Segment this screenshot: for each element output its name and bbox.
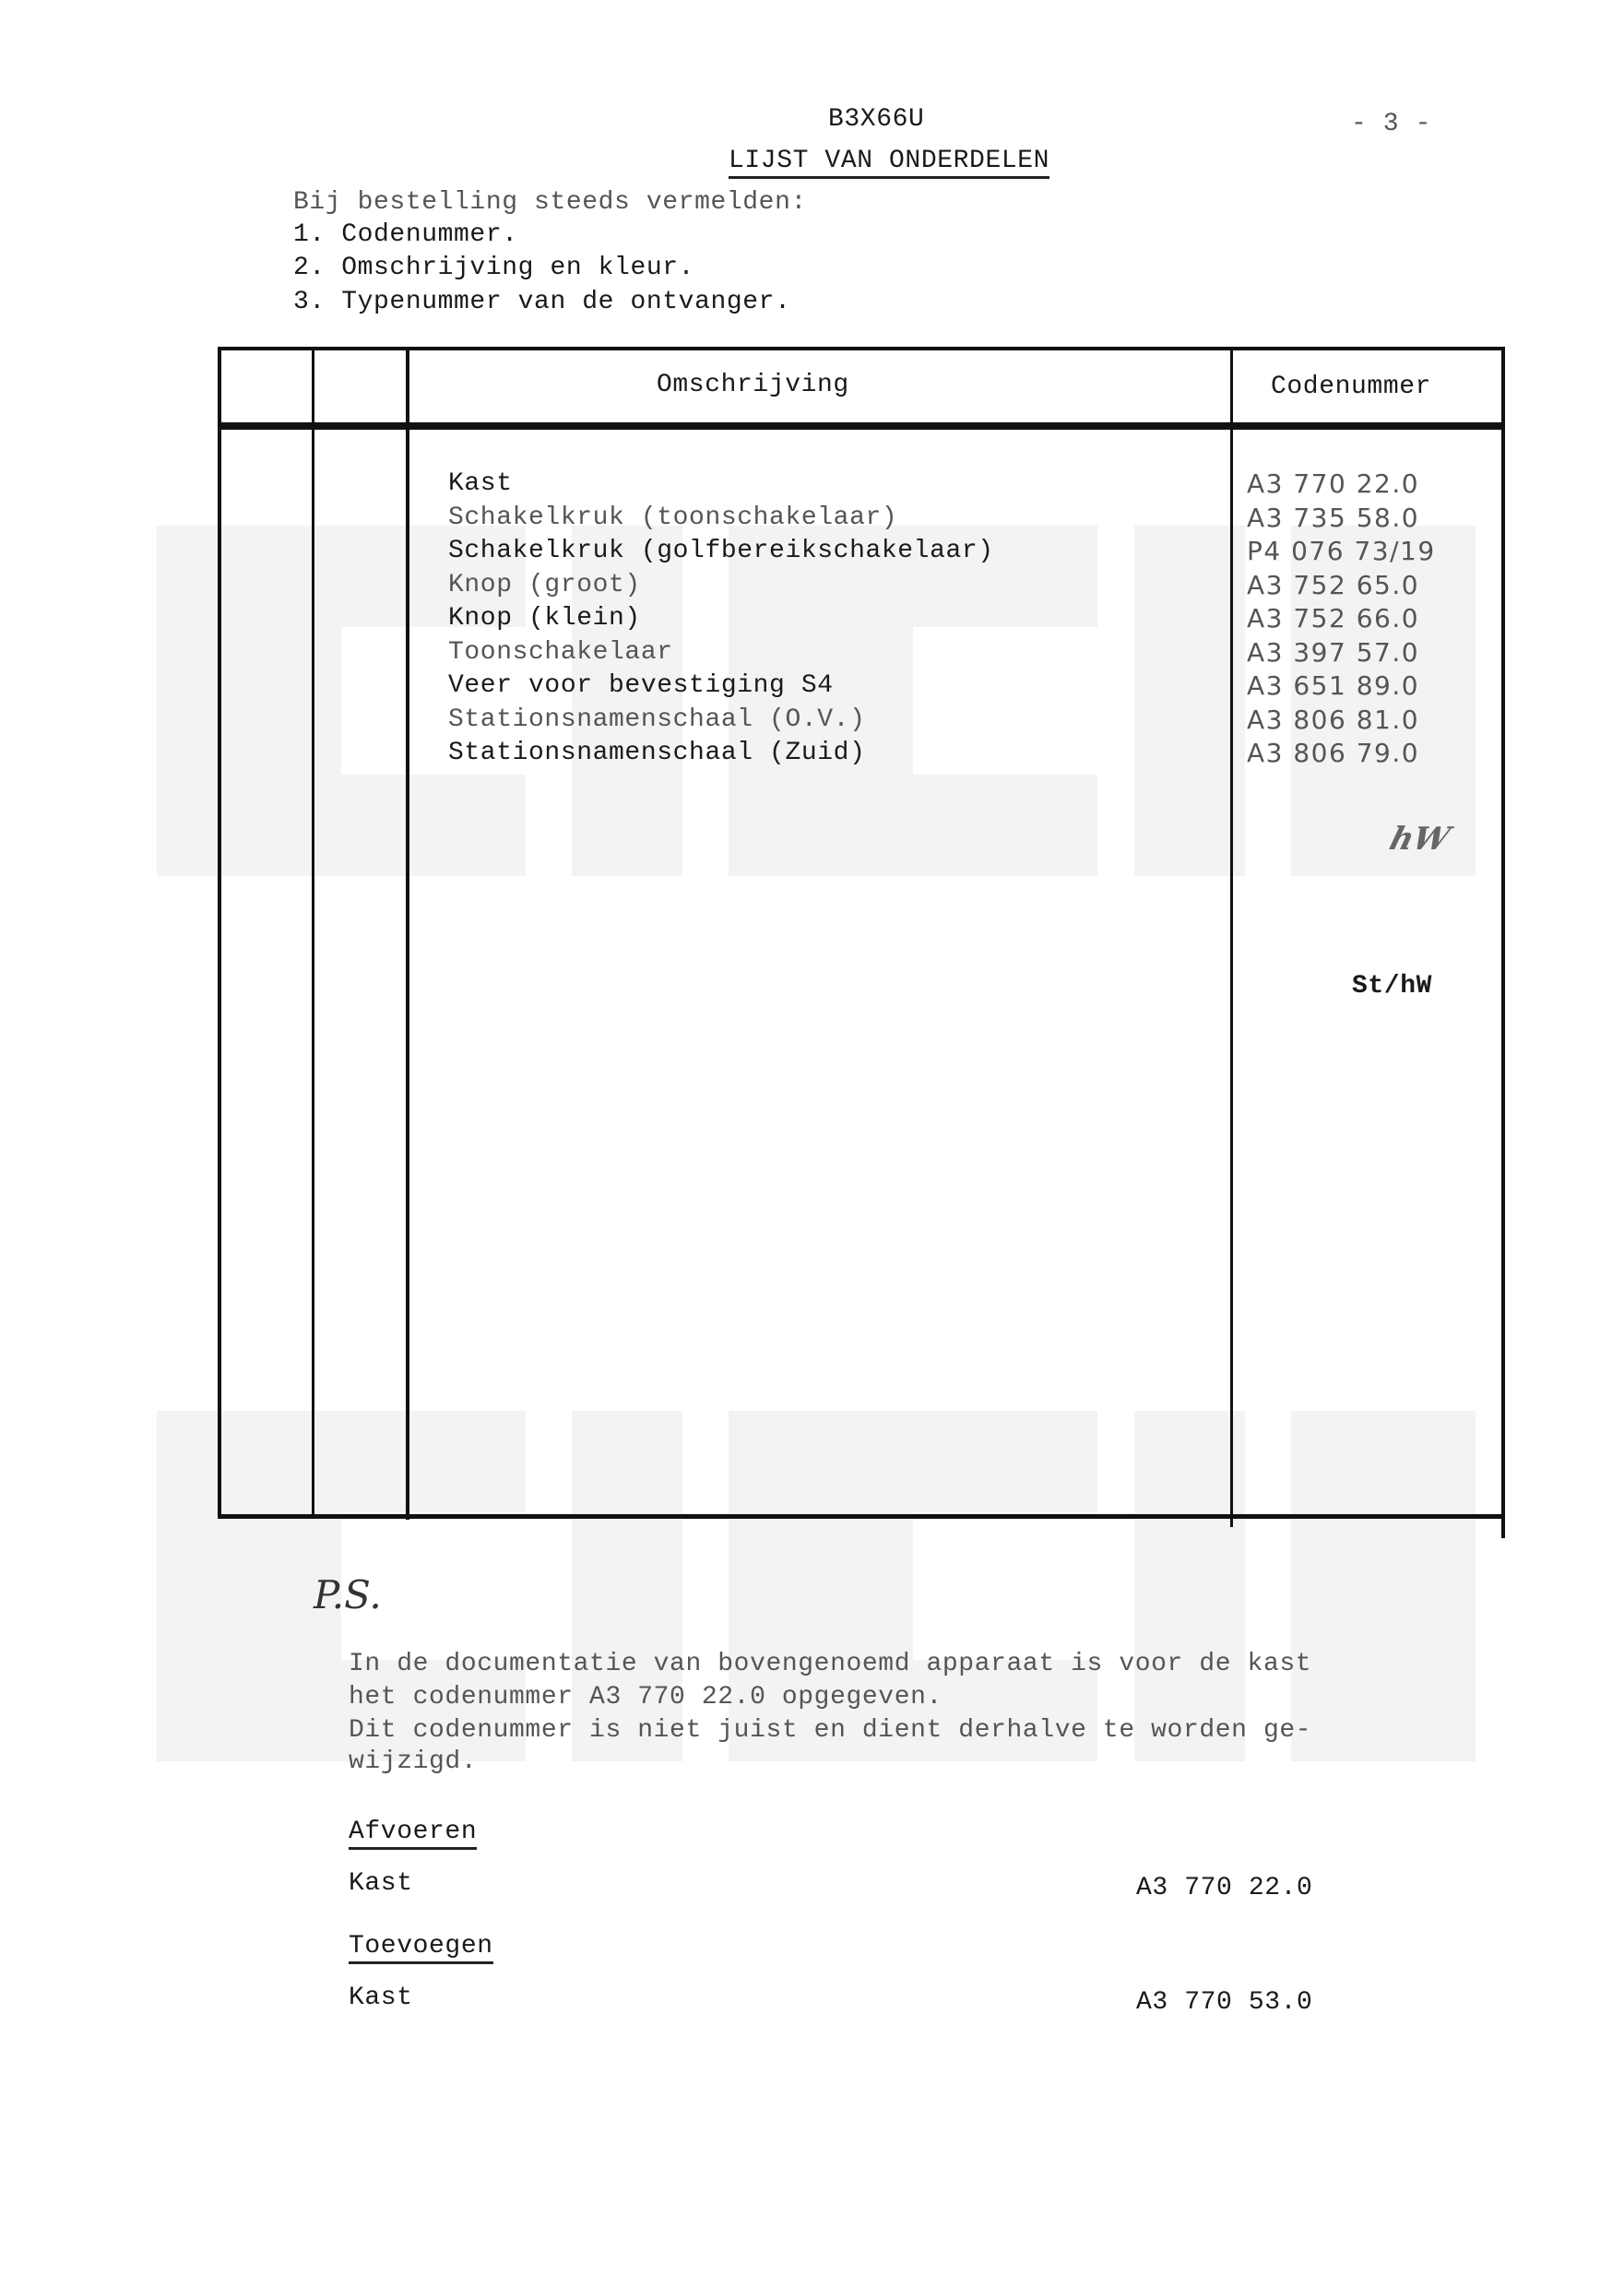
add-code: A3 770 53.0 <box>1136 1989 1312 2017</box>
part-description: Schakelkruk (golfbereikschakelaar) <box>448 538 994 565</box>
doc-code: B3X66U <box>828 106 924 134</box>
part-description: Schakelkruk (toonschakelaar) <box>448 504 897 532</box>
signature: hW <box>1386 821 1454 858</box>
part-code: A3 397 57.0 <box>1247 639 1419 667</box>
initials: St/hW <box>1352 973 1432 1001</box>
part-description: Stationsnamenschaal (O.V.) <box>448 706 865 734</box>
add-item: Kast <box>349 1984 413 2012</box>
ps-line: Dit codenummer is niet juist en dient de… <box>349 1717 1311 1745</box>
part-description: Veer voor bevestiging S4 <box>448 672 834 700</box>
ps-label: P.S. <box>314 1572 382 1617</box>
page-title: LIJST VAN ONDERDELEN <box>729 148 1049 179</box>
part-description: Knop (groot) <box>448 572 641 599</box>
remove-item: Kast <box>349 1870 413 1898</box>
column-header-codenummer: Codenummer <box>1271 373 1431 401</box>
part-code: A3 806 81.0 <box>1247 706 1419 734</box>
part-code: A3 752 65.0 <box>1247 572 1419 599</box>
part-description: Knop (klein) <box>448 605 641 633</box>
ordering-item: 3. Typenummer van de ontvanger. <box>293 289 791 316</box>
remove-heading: Afvoeren <box>349 1818 477 1850</box>
ordering-intro: Bij bestelling steeds vermelden: <box>293 189 807 217</box>
ordering-item: 1. Codenummer. <box>293 221 518 249</box>
part-code: A3 651 89.0 <box>1247 672 1419 700</box>
part-description: Kast <box>448 470 513 498</box>
ps-line: het codenummer A3 770 22.0 opgegeven. <box>349 1684 942 1712</box>
part-code: A3 735 58.0 <box>1247 504 1419 532</box>
column-header-omschrijving: Omschrijving <box>657 372 849 399</box>
part-description: Stationsnamenschaal (Zuid) <box>448 740 865 767</box>
page-number: - 3 - <box>1351 111 1431 138</box>
part-code: A3 770 22.0 <box>1247 470 1419 498</box>
part-code: A3 752 66.0 <box>1247 605 1419 633</box>
add-heading: Toevoegen <box>349 1933 493 1964</box>
remove-code: A3 770 22.0 <box>1136 1875 1312 1902</box>
part-code: P4 076 73/19 <box>1247 538 1436 565</box>
ps-line: wijzigd. <box>349 1748 477 1776</box>
ordering-item: 2. Omschrijving en kleur. <box>293 255 694 282</box>
part-description: Toonschakelaar <box>448 639 673 667</box>
part-code: A3 806 79.0 <box>1247 740 1419 767</box>
ps-line: In de documentatie van bovengenoemd appa… <box>349 1651 1311 1678</box>
